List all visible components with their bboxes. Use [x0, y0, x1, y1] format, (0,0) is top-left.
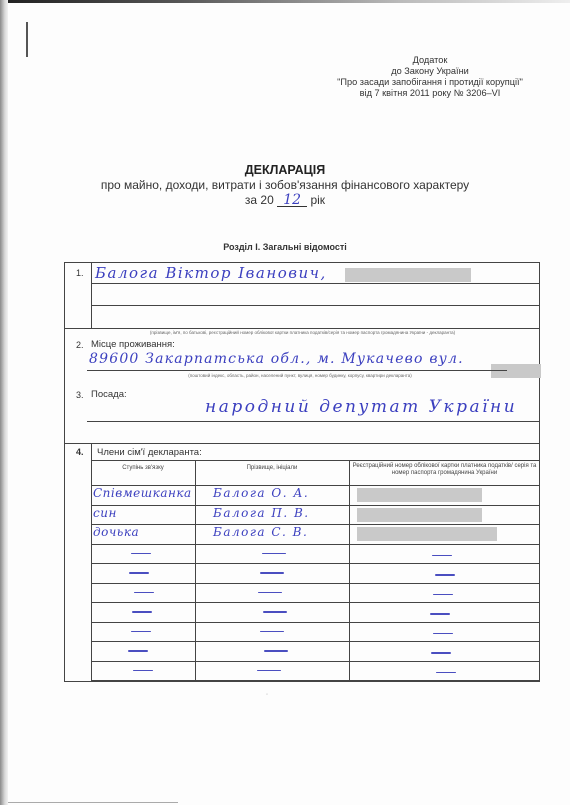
empty-dash — [133, 670, 153, 672]
empty-dash — [262, 553, 286, 555]
empty-dash — [131, 631, 151, 633]
scan-top-edge — [8, 0, 570, 3]
family-label: Члени сім'ї декларанта: — [97, 447, 202, 458]
field-number: 1. — [76, 268, 84, 278]
empty-dash — [129, 572, 149, 574]
empty-dash — [260, 572, 284, 574]
divider — [65, 328, 540, 329]
table-row — [91, 602, 540, 622]
annex-line: до Закону України — [320, 66, 540, 77]
column-header: Ступінь зв'язку — [94, 465, 192, 472]
empty-dash — [263, 611, 287, 613]
scan-bottom-edge — [8, 802, 178, 803]
general-info-form: 1. Балога Віктор Іванович, (прізвище, ім… — [64, 262, 540, 682]
divider — [91, 305, 540, 306]
empty-dash — [131, 553, 151, 555]
table-row — [91, 583, 540, 603]
empty-dash — [257, 670, 281, 672]
table-row — [91, 563, 540, 583]
redacted-id — [357, 488, 482, 502]
annex-line: "Про засади запобігання і протидії коруп… — [320, 77, 540, 88]
field-number: 4. — [76, 447, 84, 457]
underline — [87, 370, 507, 371]
field1-caption: (прізвище, ім'я, по батькові, реєстрацій… — [65, 330, 540, 335]
empty-dash — [128, 650, 148, 652]
name-cell: Балога С. В. — [213, 525, 308, 539]
redacted-id — [345, 268, 471, 282]
annex-line: від 7 квітня 2011 року № 3206–VI — [320, 88, 540, 99]
document-subtitle: про майно, доходи, витрати і зобов'язанн… — [0, 178, 570, 192]
scan-artifact: ◦ — [266, 692, 268, 698]
declarant-name: Балога Віктор Іванович, — [95, 264, 327, 282]
divider — [91, 460, 540, 461]
empty-dash — [432, 555, 452, 557]
table-row — [91, 641, 540, 661]
residence-value: 89600 Закарпатська обл., м. Мукачево вул… — [89, 351, 464, 367]
empty-dash — [436, 672, 456, 674]
table-row — [91, 544, 540, 564]
divider — [91, 263, 92, 329]
divider — [91, 680, 540, 681]
redacted-id — [357, 508, 482, 522]
field2-caption: (поштовий індекс, область, район, населе… — [95, 373, 505, 378]
empty-dash — [134, 592, 154, 594]
empty-dash — [260, 631, 284, 633]
column-header: Прізвище, ініціали — [198, 465, 346, 472]
year-suffix: рік — [310, 193, 325, 207]
position-label: Посада: — [91, 389, 127, 400]
divider — [91, 283, 540, 284]
document-title: ДЕКЛАРАЦІЯ — [0, 163, 570, 177]
year-value: 12 — [277, 194, 307, 207]
position-value: народний депутат України — [205, 397, 517, 417]
relation-cell: дочька — [93, 525, 139, 539]
column-header: Реєстраційний номер облікової картки пла… — [352, 463, 537, 477]
declaration-year: за 20 12 рік — [0, 193, 570, 207]
empty-dash — [435, 574, 455, 576]
table-row — [91, 622, 540, 642]
scan-page-edge — [0, 0, 8, 805]
section-title: Розділ I. Загальні відомості — [0, 242, 570, 252]
relation-cell: Співмешканка — [93, 486, 192, 500]
empty-dash — [264, 650, 288, 652]
field-number: 2. — [76, 340, 84, 350]
annex-line: Додаток — [320, 55, 540, 66]
field-number: 3. — [76, 390, 84, 400]
relation-cell: син — [93, 506, 117, 520]
law-annex-note: Додаток до Закону України "Про засади за… — [320, 55, 540, 99]
table-row — [91, 661, 540, 681]
empty-dash — [258, 592, 282, 594]
empty-dash — [132, 611, 152, 613]
empty-dash — [433, 594, 453, 596]
name-cell: Балога П. В. — [213, 506, 310, 520]
scan-mark — [26, 22, 28, 57]
empty-dash — [431, 652, 451, 654]
divider — [65, 443, 540, 444]
empty-dash — [433, 633, 453, 635]
underline — [87, 421, 540, 422]
name-cell: Балога О. А. — [213, 486, 309, 500]
redacted-id — [357, 527, 497, 541]
empty-dash — [430, 613, 450, 615]
year-prefix: за 20 — [245, 193, 274, 207]
residence-label: Місце проживання: — [91, 339, 175, 350]
